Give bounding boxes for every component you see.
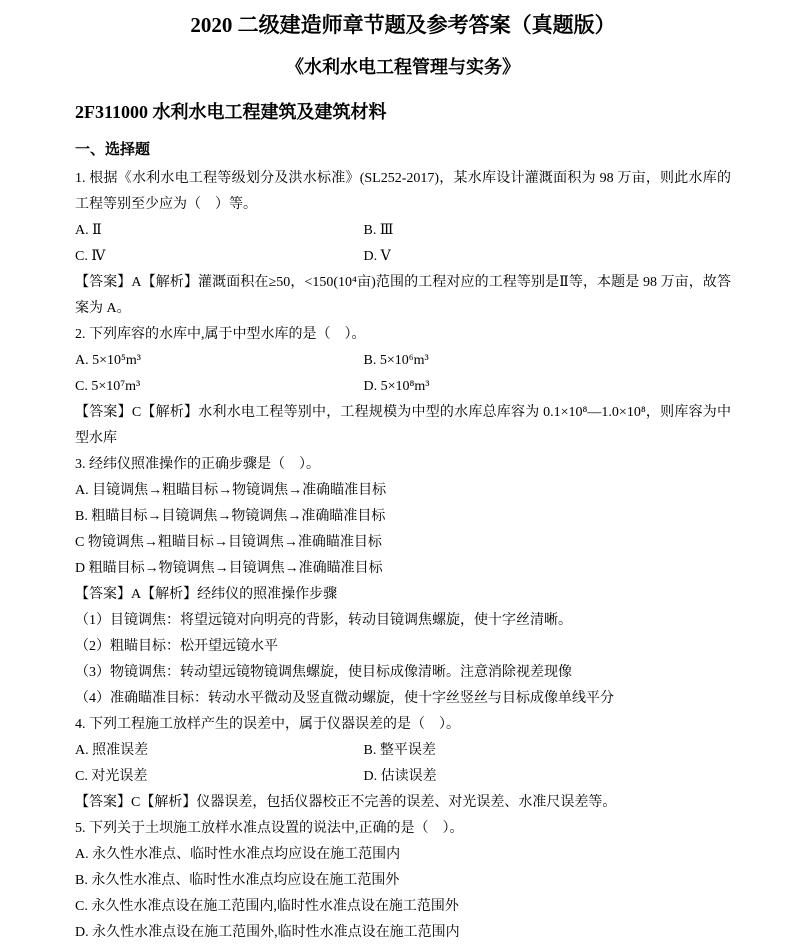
question-4-option-d: D. 估读误差 — [364, 764, 437, 790]
question-1-option-a: A. Ⅱ — [75, 218, 360, 244]
question-2-stem: 2. 下列库容的水库中,属于中型水库的是（ ）。 — [75, 322, 731, 348]
document-subtitle: 《水利水电工程管理与实务》 — [75, 55, 731, 79]
question-5-option-a: A. 永久性水准点、临时性水准点均应设在施工范围内 — [75, 842, 731, 868]
question-4-options-row-1: A. 照准误差 B. 整平误差 — [75, 738, 731, 764]
question-5-stem: 5. 下列关于土坝施工放样水准点设置的说法中,正确的是（ ）。 — [75, 816, 731, 842]
question-2-option-b: B. 5×10⁶m³ — [364, 348, 429, 374]
question-3-answer-step-3: （3）物镜调焦：转动望远镜物镜调焦螺旋，使目标成像清晰。注意消除视差现像 — [75, 660, 731, 686]
question-2-option-a: A. 5×10⁵m³ — [75, 348, 360, 374]
question-4-options-row-2: C. 对光误差 D. 估读误差 — [75, 764, 731, 790]
question-2-answer: 【答案】C【解析】水利水电工程等别中，工程规模为中型的水库总库容为 0.1×10… — [75, 400, 731, 452]
question-2-option-c: C. 5×10⁷m³ — [75, 374, 360, 400]
question-2-options-row-1: A. 5×10⁵m³ B. 5×10⁶m³ — [75, 348, 731, 374]
question-1-stem: 1. 根据《水利水电工程等级划分及洪水标准》(SL252-2017)，某水库设计… — [75, 166, 731, 218]
question-1-options-row-2: C. Ⅳ D. Ⅴ — [75, 244, 731, 270]
question-1-options-row-1: A. Ⅱ B. Ⅲ — [75, 218, 731, 244]
question-3-answer-step-4: （4）准确瞄准目标：转动水平微动及竖直微动螺旋，使十字丝竖丝与目标成像单线平分 — [75, 686, 731, 712]
question-5-option-b: B. 永久性水准点、临时性水准点均应设在施工范围外 — [75, 868, 731, 894]
questions-body: 1. 根据《水利水电工程等级划分及洪水标准》(SL252-2017)，某水库设计… — [75, 166, 731, 945]
question-1-answer: 【答案】A【解析】灌溉面积在≥50，<150(10⁴亩)范围的工程对应的工程等别… — [75, 270, 731, 322]
question-4-option-b: B. 整平误差 — [364, 738, 436, 764]
question-3-option-a: A. 目镜调焦→粗瞄目标→物镜调焦→准确瞄准目标 — [75, 478, 731, 504]
question-3-answer-step-2: （2）粗瞄目标：松开望远镜水平 — [75, 634, 731, 660]
question-3-option-b: B. 粗瞄目标→目镜调焦→物镜调焦→准确瞄准目标 — [75, 504, 731, 530]
question-3-stem: 3. 经纬仪照准操作的正确步骤是（ ）。 — [75, 452, 731, 478]
document-title: 2020 二级建造师章节题及参考答案（真题版） — [75, 12, 731, 38]
question-2-option-d: D. 5×10⁸m³ — [364, 374, 430, 400]
question-4-option-a: A. 照准误差 — [75, 738, 360, 764]
question-5-option-d: D. 永久性水准点设在施工范围外,临时性水准点设在施工范围内 — [75, 920, 731, 945]
question-4-stem: 4. 下列工程施工放样产生的误差中，属于仪器误差的是（ ）。 — [75, 712, 731, 738]
question-3-answer: 【答案】A【解析】经纬仪的照准操作步骤 — [75, 582, 731, 608]
question-5-option-c: C. 永久性水准点设在施工范围内,临时性水准点设在施工范围外 — [75, 894, 731, 920]
question-2-options-row-2: C. 5×10⁷m³ D. 5×10⁸m³ — [75, 374, 731, 400]
question-3-option-d: D 粗瞄目标→物镜调焦→目镜调焦→准确瞄准目标 — [75, 556, 731, 582]
question-1-option-c: C. Ⅳ — [75, 244, 360, 270]
question-3-answer-step-1: （1）目镜调焦：将望远镜对向明亮的背影，转动目镜调焦螺旋，使十字丝清晰。 — [75, 608, 731, 634]
section-heading: 一、选择题 — [75, 139, 731, 161]
question-4-answer: 【答案】C【解析】仪器误差，包括仪器校正不完善的误差、对光误差、水准尺误差等。 — [75, 790, 731, 816]
question-4-option-c: C. 对光误差 — [75, 764, 360, 790]
question-1-option-b: B. Ⅲ — [364, 218, 394, 244]
chapter-heading: 2F311000 水利水电工程建筑及建筑材料 — [75, 100, 731, 124]
question-3-option-c: C 物镜调焦→粗瞄目标→目镜调焦→准确瞄准目标 — [75, 530, 731, 556]
question-1-option-d: D. Ⅴ — [364, 244, 391, 270]
document-page: 2020 二级建造师章节题及参考答案（真题版） 《水利水电工程管理与实务》 2F… — [0, 0, 800, 945]
